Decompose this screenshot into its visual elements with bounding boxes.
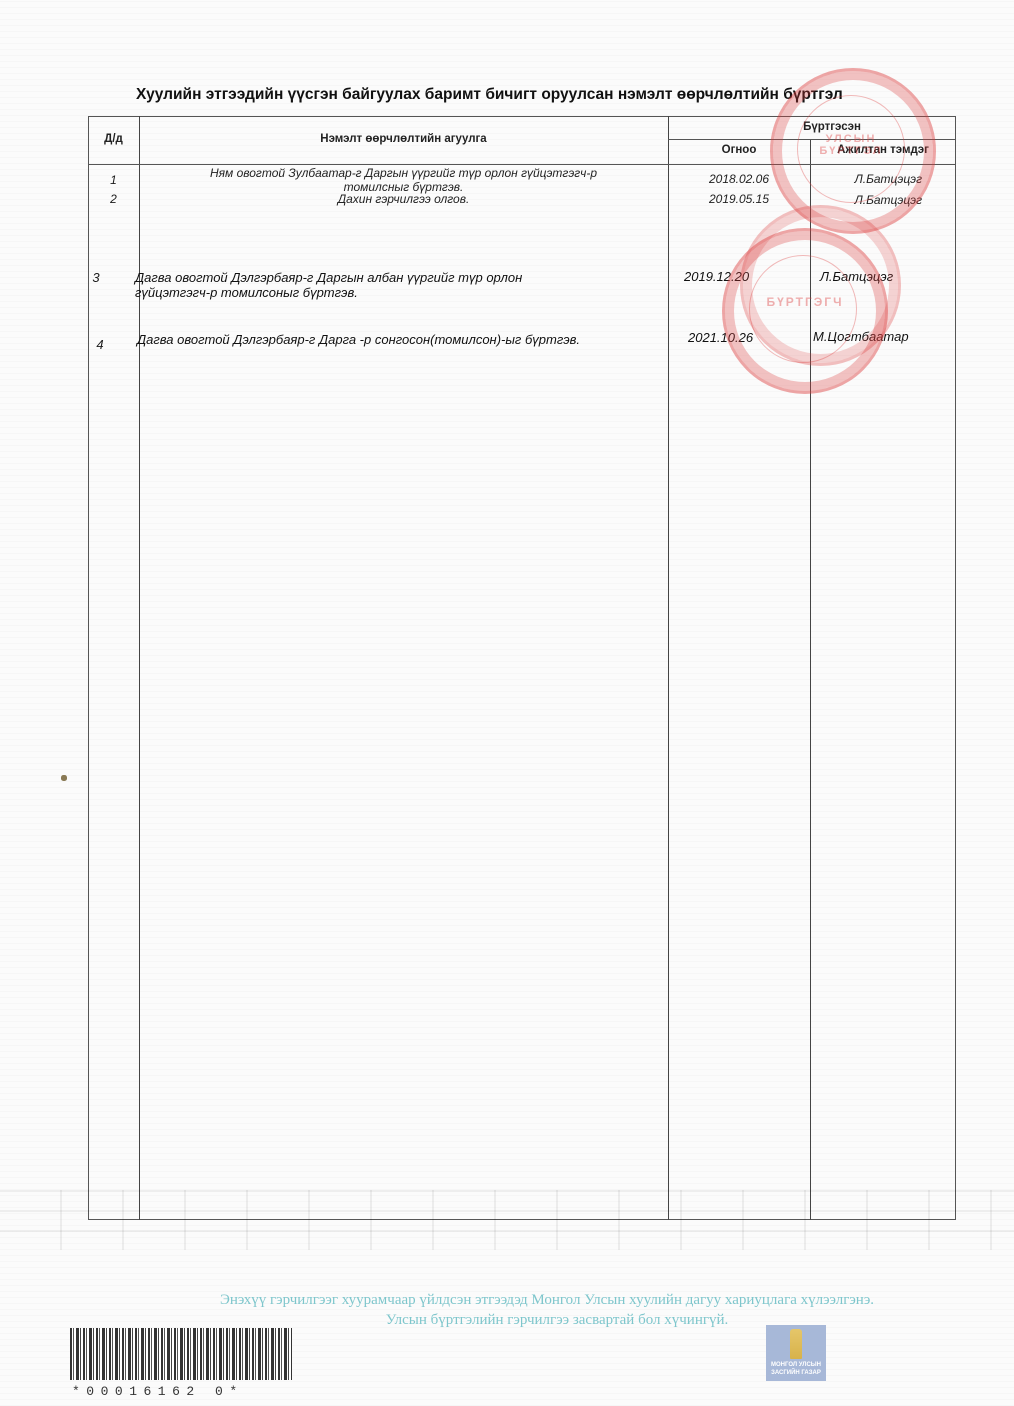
footer-warning-line1: Энэхүү гэрчилгээг хуурамчаар үйлдсэн этг… xyxy=(0,1292,1014,1309)
row-3-number: 3 xyxy=(86,270,106,285)
footer-warning-line2: Улсын бүртгэлийн гэрчилгээ засвартай бол… xyxy=(0,1312,1014,1329)
header-number: Д/д xyxy=(88,133,139,145)
stamp-label: УЛСЫН БҮРТГЭЛ xyxy=(811,133,891,157)
barcode xyxy=(70,1328,292,1380)
row-3-content-line2: гүйцэтгэгч-р томилсоныг бүртгэв. xyxy=(135,285,665,300)
soyombo-icon xyxy=(790,1329,802,1359)
decorative-border-pattern xyxy=(0,1190,1014,1250)
scan-speck xyxy=(61,775,67,781)
row-4-number: 4 xyxy=(90,337,110,352)
row-2-number: 2 xyxy=(88,192,139,206)
row-4-content-line1: Дагва овогтой Дэлгэрбаяр-г Дарга -р сонг… xyxy=(137,332,667,347)
row-3-content-line1: Дагва овогтой Дэлгэрбаяр-г Даргын албан … xyxy=(135,270,665,285)
official-stamp-middle xyxy=(740,205,901,366)
header-content: Нэмэлт өөрчлөлтийн агуулга xyxy=(139,133,668,145)
row-2-content-line1: Дахин гэрчилгээ олгов. xyxy=(139,192,668,206)
row-1-number: 1 xyxy=(88,173,139,187)
barcode-number: *00016162 0* xyxy=(72,1384,294,1399)
government-emblem: МОНГОЛ УЛСЫН ЗАСГИЙН ГАЗАР xyxy=(766,1325,826,1381)
emblem-caption-line2: ЗАСГИЙН ГАЗАР xyxy=(766,1369,826,1377)
column-divider-content xyxy=(668,116,669,1220)
emblem-caption: МОНГОЛ УЛСЫН ЗАСГИЙН ГАЗАР xyxy=(766,1361,826,1377)
emblem-caption-line1: МОНГОЛ УЛСЫН xyxy=(766,1361,826,1369)
row-1-content-line1: Ням овогтой Зулбаатар-г Даргын үүргийг т… xyxy=(139,166,668,180)
